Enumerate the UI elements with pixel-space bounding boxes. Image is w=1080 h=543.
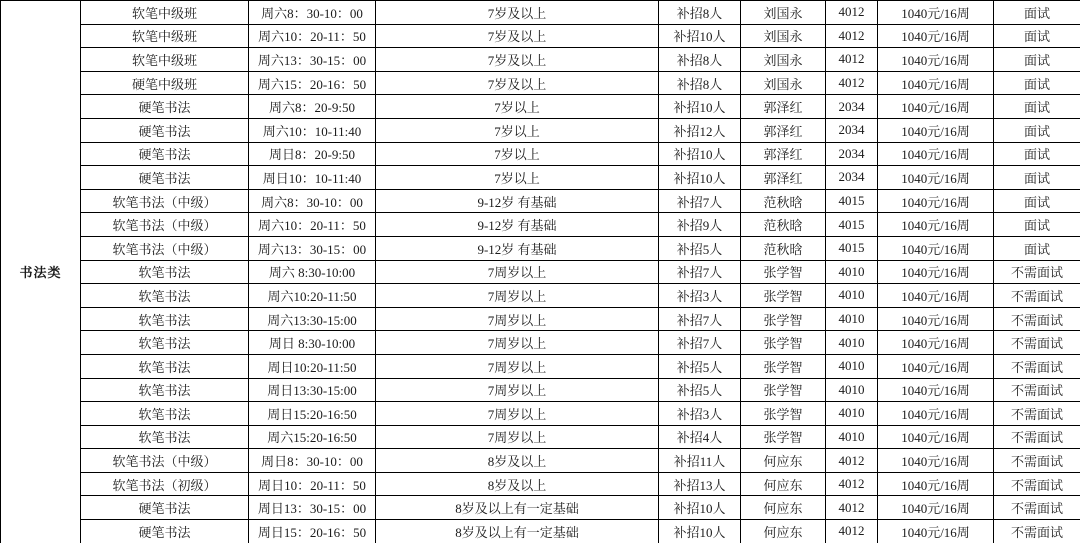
enrollment-cell: 补招7人 bbox=[659, 331, 741, 355]
interview-cell: 面试 bbox=[994, 71, 1080, 95]
teacher-cell: 张学智 bbox=[741, 378, 826, 402]
price-cell: 1040元/16周 bbox=[878, 378, 994, 402]
table-row: 硬笔书法周日13：30-15：008岁及以上有一定基础补招10人何应东40121… bbox=[1, 496, 1080, 520]
class-schedule-screen: 书法类软笔中级班周六8：30-10：007岁及以上补招8人刘国永40121040… bbox=[0, 0, 1080, 543]
class-name-cell: 软笔书法 bbox=[81, 307, 249, 331]
age-requirement-cell: 7周岁以上 bbox=[376, 402, 659, 426]
table-row: 硬笔书法周日10：10-11:407岁以上补招10人郭泽红20341040元/1… bbox=[1, 166, 1080, 190]
teacher-cell: 郭泽红 bbox=[741, 142, 826, 166]
enrollment-cell: 补招4人 bbox=[659, 425, 741, 449]
price-cell: 1040元/16周 bbox=[878, 71, 994, 95]
class-name-cell: 硬笔书法 bbox=[81, 166, 249, 190]
teacher-cell: 范秋晗 bbox=[741, 189, 826, 213]
table-row: 硬笔书法周六10：10-11:407岁以上补招12人郭泽红20341040元/1… bbox=[1, 118, 1080, 142]
enrollment-cell: 补招5人 bbox=[659, 354, 741, 378]
age-requirement-cell: 7周岁以上 bbox=[376, 331, 659, 355]
interview-cell: 面试 bbox=[994, 189, 1080, 213]
teacher-cell: 何应东 bbox=[741, 520, 826, 543]
class-name-cell: 软笔书法（中级） bbox=[81, 236, 249, 260]
table-row: 软笔中级班周六10：20-11：507岁及以上补招10人刘国永40121040元… bbox=[1, 24, 1080, 48]
price-cell: 1040元/16周 bbox=[878, 142, 994, 166]
interview-cell: 不需面试 bbox=[994, 331, 1080, 355]
table-row: 软笔中级班周六13：30-15：007岁及以上补招8人刘国永40121040元/… bbox=[1, 48, 1080, 72]
time-cell: 周六10：20-11：50 bbox=[249, 213, 376, 237]
teacher-cell: 张学智 bbox=[741, 402, 826, 426]
enrollment-cell: 补招5人 bbox=[659, 378, 741, 402]
teacher-cell: 张学智 bbox=[741, 284, 826, 308]
table-row: 软笔书法周六15:20-16:507周岁以上补招4人张学智40101040元/1… bbox=[1, 425, 1080, 449]
age-requirement-cell: 9-12岁 有基础 bbox=[376, 189, 659, 213]
enrollment-cell: 补招10人 bbox=[659, 496, 741, 520]
class-name-cell: 软笔书法 bbox=[81, 425, 249, 449]
time-cell: 周日 8:30-10:00 bbox=[249, 331, 376, 355]
interview-cell: 面试 bbox=[994, 213, 1080, 237]
time-cell: 周六8：30-10：00 bbox=[249, 1, 376, 25]
room-cell: 2034 bbox=[826, 166, 878, 190]
enrollment-cell: 补招5人 bbox=[659, 236, 741, 260]
time-cell: 周六8：20-9:50 bbox=[249, 95, 376, 119]
teacher-cell: 张学智 bbox=[741, 307, 826, 331]
price-cell: 1040元/16周 bbox=[878, 24, 994, 48]
price-cell: 1040元/16周 bbox=[878, 472, 994, 496]
time-cell: 周六13：30-15：00 bbox=[249, 48, 376, 72]
teacher-cell: 郭泽红 bbox=[741, 166, 826, 190]
interview-cell: 面试 bbox=[994, 236, 1080, 260]
table-row: 软笔书法周日10:20-11:507周岁以上补招5人张学智40101040元/1… bbox=[1, 354, 1080, 378]
time-cell: 周六 8:30-10:00 bbox=[249, 260, 376, 284]
interview-cell: 不需面试 bbox=[994, 520, 1080, 543]
age-requirement-cell: 8岁及以上有一定基础 bbox=[376, 520, 659, 543]
time-cell: 周六8：30-10：00 bbox=[249, 189, 376, 213]
class-name-cell: 软笔书法（中级） bbox=[81, 213, 249, 237]
room-cell: 4012 bbox=[826, 472, 878, 496]
class-name-cell: 硬笔中级班 bbox=[81, 71, 249, 95]
table-row: 软笔书法（中级）周六8：30-10：009-12岁 有基础补招7人范秋晗4015… bbox=[1, 189, 1080, 213]
room-cell: 4010 bbox=[826, 331, 878, 355]
class-name-cell: 硬笔书法 bbox=[81, 95, 249, 119]
category-cell: 书法类 bbox=[1, 1, 81, 543]
enrollment-cell: 补招9人 bbox=[659, 213, 741, 237]
table-row: 软笔书法（中级）周六10：20-11：509-12岁 有基础补招9人范秋晗401… bbox=[1, 213, 1080, 237]
interview-cell: 不需面试 bbox=[994, 496, 1080, 520]
teacher-cell: 刘国永 bbox=[741, 24, 826, 48]
room-cell: 4015 bbox=[826, 213, 878, 237]
price-cell: 1040元/16周 bbox=[878, 354, 994, 378]
age-requirement-cell: 7岁以上 bbox=[376, 166, 659, 190]
price-cell: 1040元/16周 bbox=[878, 496, 994, 520]
table-row: 硬笔书法周日15：20-16：508岁及以上有一定基础补招10人何应东40121… bbox=[1, 520, 1080, 543]
time-cell: 周六10：20-11：50 bbox=[249, 24, 376, 48]
enrollment-cell: 补招10人 bbox=[659, 24, 741, 48]
time-cell: 周日15:20-16:50 bbox=[249, 402, 376, 426]
interview-cell: 不需面试 bbox=[994, 354, 1080, 378]
time-cell: 周日10：20-11：50 bbox=[249, 472, 376, 496]
class-name-cell: 软笔书法 bbox=[81, 378, 249, 402]
table-row: 软笔书法周日15:20-16:507周岁以上补招3人张学智40101040元/1… bbox=[1, 402, 1080, 426]
teacher-cell: 刘国永 bbox=[741, 71, 826, 95]
room-cell: 4012 bbox=[826, 71, 878, 95]
age-requirement-cell: 7岁及以上 bbox=[376, 24, 659, 48]
teacher-cell: 刘国永 bbox=[741, 1, 826, 25]
time-cell: 周日8：20-9:50 bbox=[249, 142, 376, 166]
enrollment-cell: 补招7人 bbox=[659, 307, 741, 331]
class-name-cell: 硬笔书法 bbox=[81, 118, 249, 142]
price-cell: 1040元/16周 bbox=[878, 236, 994, 260]
enrollment-cell: 补招12人 bbox=[659, 118, 741, 142]
teacher-cell: 张学智 bbox=[741, 425, 826, 449]
price-cell: 1040元/16周 bbox=[878, 307, 994, 331]
age-requirement-cell: 7周岁以上 bbox=[376, 425, 659, 449]
room-cell: 4012 bbox=[826, 1, 878, 25]
room-cell: 2034 bbox=[826, 118, 878, 142]
age-requirement-cell: 7岁及以上 bbox=[376, 1, 659, 25]
price-cell: 1040元/16周 bbox=[878, 189, 994, 213]
enrollment-cell: 补招7人 bbox=[659, 260, 741, 284]
class-name-cell: 软笔书法 bbox=[81, 402, 249, 426]
table-row: 软笔书法周六13:30-15:007周岁以上补招7人张学智40101040元/1… bbox=[1, 307, 1080, 331]
room-cell: 4012 bbox=[826, 496, 878, 520]
teacher-cell: 何应东 bbox=[741, 496, 826, 520]
price-cell: 1040元/16周 bbox=[878, 331, 994, 355]
room-cell: 4010 bbox=[826, 378, 878, 402]
class-name-cell: 软笔书法 bbox=[81, 354, 249, 378]
interview-cell: 不需面试 bbox=[994, 449, 1080, 473]
time-cell: 周日15：20-16：50 bbox=[249, 520, 376, 543]
price-cell: 1040元/16周 bbox=[878, 1, 994, 25]
room-cell: 4012 bbox=[826, 449, 878, 473]
teacher-cell: 刘国永 bbox=[741, 48, 826, 72]
time-cell: 周日13:30-15:00 bbox=[249, 378, 376, 402]
room-cell: 4012 bbox=[826, 24, 878, 48]
age-requirement-cell: 7岁以上 bbox=[376, 95, 659, 119]
teacher-cell: 何应东 bbox=[741, 472, 826, 496]
time-cell: 周日13：30-15：00 bbox=[249, 496, 376, 520]
class-name-cell: 软笔书法（初级） bbox=[81, 472, 249, 496]
time-cell: 周六13：30-15：00 bbox=[249, 236, 376, 260]
class-name-cell: 软笔书法 bbox=[81, 284, 249, 308]
interview-cell: 面试 bbox=[994, 1, 1080, 25]
teacher-cell: 郭泽红 bbox=[741, 95, 826, 119]
teacher-cell: 范秋晗 bbox=[741, 236, 826, 260]
teacher-cell: 张学智 bbox=[741, 354, 826, 378]
table-row: 软笔书法周日13:30-15:007周岁以上补招5人张学智40101040元/1… bbox=[1, 378, 1080, 402]
enrollment-cell: 补招10人 bbox=[659, 166, 741, 190]
table-row: 硬笔书法周日8：20-9:507岁以上补招10人郭泽红20341040元/16周… bbox=[1, 142, 1080, 166]
price-cell: 1040元/16周 bbox=[878, 449, 994, 473]
class-name-cell: 软笔中级班 bbox=[81, 1, 249, 25]
table-row: 书法类软笔中级班周六8：30-10：007岁及以上补招8人刘国永40121040… bbox=[1, 1, 1080, 25]
price-cell: 1040元/16周 bbox=[878, 95, 994, 119]
room-cell: 4012 bbox=[826, 48, 878, 72]
table-row: 硬笔中级班周六15：20-16：507岁及以上补招8人刘国永40121040元/… bbox=[1, 71, 1080, 95]
price-cell: 1040元/16周 bbox=[878, 48, 994, 72]
interview-cell: 不需面试 bbox=[994, 472, 1080, 496]
enrollment-cell: 补招8人 bbox=[659, 48, 741, 72]
time-cell: 周六10:20-11:50 bbox=[249, 284, 376, 308]
enrollment-cell: 补招3人 bbox=[659, 284, 741, 308]
price-cell: 1040元/16周 bbox=[878, 402, 994, 426]
class-name-cell: 硬笔书法 bbox=[81, 520, 249, 543]
interview-cell: 面试 bbox=[994, 142, 1080, 166]
table-row: 软笔书法（中级）周六13：30-15：009-12岁 有基础补招5人范秋晗401… bbox=[1, 236, 1080, 260]
price-cell: 1040元/16周 bbox=[878, 213, 994, 237]
class-name-cell: 硬笔书法 bbox=[81, 496, 249, 520]
enrollment-cell: 补招11人 bbox=[659, 449, 741, 473]
class-name-cell: 硬笔书法 bbox=[81, 142, 249, 166]
schedule-table-body: 书法类软笔中级班周六8：30-10：007岁及以上补招8人刘国永40121040… bbox=[1, 1, 1080, 543]
price-cell: 1040元/16周 bbox=[878, 118, 994, 142]
price-cell: 1040元/16周 bbox=[878, 284, 994, 308]
enrollment-cell: 补招13人 bbox=[659, 472, 741, 496]
interview-cell: 不需面试 bbox=[994, 260, 1080, 284]
room-cell: 4015 bbox=[826, 189, 878, 213]
table-row: 硬笔书法周六8：20-9:507岁以上补招10人郭泽红20341040元/16周… bbox=[1, 95, 1080, 119]
price-cell: 1040元/16周 bbox=[878, 260, 994, 284]
teacher-cell: 张学智 bbox=[741, 260, 826, 284]
interview-cell: 面试 bbox=[994, 48, 1080, 72]
age-requirement-cell: 8岁及以上有一定基础 bbox=[376, 496, 659, 520]
age-requirement-cell: 7周岁以上 bbox=[376, 307, 659, 331]
class-name-cell: 软笔中级班 bbox=[81, 24, 249, 48]
enrollment-cell: 补招3人 bbox=[659, 402, 741, 426]
room-cell: 4010 bbox=[826, 402, 878, 426]
table-row: 软笔书法周日 8:30-10:007周岁以上补招7人张学智40101040元/1… bbox=[1, 331, 1080, 355]
room-cell: 2034 bbox=[826, 142, 878, 166]
table-row: 软笔书法周六 8:30-10:007周岁以上补招7人张学智40101040元/1… bbox=[1, 260, 1080, 284]
enrollment-cell: 补招10人 bbox=[659, 142, 741, 166]
class-name-cell: 软笔书法（中级） bbox=[81, 189, 249, 213]
time-cell: 周六15:20-16:50 bbox=[249, 425, 376, 449]
interview-cell: 面试 bbox=[994, 166, 1080, 190]
enrollment-cell: 补招8人 bbox=[659, 71, 741, 95]
time-cell: 周六15：20-16：50 bbox=[249, 71, 376, 95]
table-row: 软笔书法周六10:20-11:507周岁以上补招3人张学智40101040元/1… bbox=[1, 284, 1080, 308]
table-row: 软笔书法（中级）周日8：30-10：008岁及以上补招11人何应东4012104… bbox=[1, 449, 1080, 473]
price-cell: 1040元/16周 bbox=[878, 520, 994, 543]
time-cell: 周六13:30-15:00 bbox=[249, 307, 376, 331]
interview-cell: 不需面试 bbox=[994, 402, 1080, 426]
class-name-cell: 软笔中级班 bbox=[81, 48, 249, 72]
interview-cell: 不需面试 bbox=[994, 425, 1080, 449]
time-cell: 周日10:20-11:50 bbox=[249, 354, 376, 378]
price-cell: 1040元/16周 bbox=[878, 166, 994, 190]
room-cell: 4010 bbox=[826, 354, 878, 378]
interview-cell: 不需面试 bbox=[994, 284, 1080, 308]
age-requirement-cell: 7周岁以上 bbox=[376, 260, 659, 284]
teacher-cell: 张学智 bbox=[741, 331, 826, 355]
age-requirement-cell: 7岁及以上 bbox=[376, 48, 659, 72]
enrollment-cell: 补招10人 bbox=[659, 520, 741, 543]
class-schedule-table: 书法类软笔中级班周六8：30-10：007岁及以上补招8人刘国永40121040… bbox=[0, 0, 1080, 543]
room-cell: 4015 bbox=[826, 236, 878, 260]
age-requirement-cell: 7周岁以上 bbox=[376, 378, 659, 402]
enrollment-cell: 补招8人 bbox=[659, 1, 741, 25]
teacher-cell: 郭泽红 bbox=[741, 118, 826, 142]
age-requirement-cell: 7周岁以上 bbox=[376, 284, 659, 308]
table-row: 软笔书法（初级）周日10：20-11：508岁及以上补招13人何应东401210… bbox=[1, 472, 1080, 496]
interview-cell: 面试 bbox=[994, 24, 1080, 48]
age-requirement-cell: 8岁及以上 bbox=[376, 449, 659, 473]
class-name-cell: 软笔书法 bbox=[81, 260, 249, 284]
room-cell: 4010 bbox=[826, 425, 878, 449]
class-name-cell: 软笔书法（中级） bbox=[81, 449, 249, 473]
room-cell: 4010 bbox=[826, 307, 878, 331]
time-cell: 周日10：10-11:40 bbox=[249, 166, 376, 190]
interview-cell: 面试 bbox=[994, 118, 1080, 142]
interview-cell: 不需面试 bbox=[994, 307, 1080, 331]
teacher-cell: 何应东 bbox=[741, 449, 826, 473]
price-cell: 1040元/16周 bbox=[878, 425, 994, 449]
enrollment-cell: 补招7人 bbox=[659, 189, 741, 213]
age-requirement-cell: 7岁及以上 bbox=[376, 71, 659, 95]
interview-cell: 面试 bbox=[994, 95, 1080, 119]
age-requirement-cell: 9-12岁 有基础 bbox=[376, 213, 659, 237]
time-cell: 周六10：10-11:40 bbox=[249, 118, 376, 142]
teacher-cell: 范秋晗 bbox=[741, 213, 826, 237]
room-cell: 4010 bbox=[826, 260, 878, 284]
time-cell: 周日8：30-10：00 bbox=[249, 449, 376, 473]
room-cell: 4012 bbox=[826, 520, 878, 543]
room-cell: 2034 bbox=[826, 95, 878, 119]
class-name-cell: 软笔书法 bbox=[81, 331, 249, 355]
room-cell: 4010 bbox=[826, 284, 878, 308]
age-requirement-cell: 9-12岁 有基础 bbox=[376, 236, 659, 260]
age-requirement-cell: 7周岁以上 bbox=[376, 354, 659, 378]
age-requirement-cell: 8岁及以上 bbox=[376, 472, 659, 496]
enrollment-cell: 补招10人 bbox=[659, 95, 741, 119]
interview-cell: 不需面试 bbox=[994, 378, 1080, 402]
age-requirement-cell: 7岁以上 bbox=[376, 118, 659, 142]
age-requirement-cell: 7岁以上 bbox=[376, 142, 659, 166]
